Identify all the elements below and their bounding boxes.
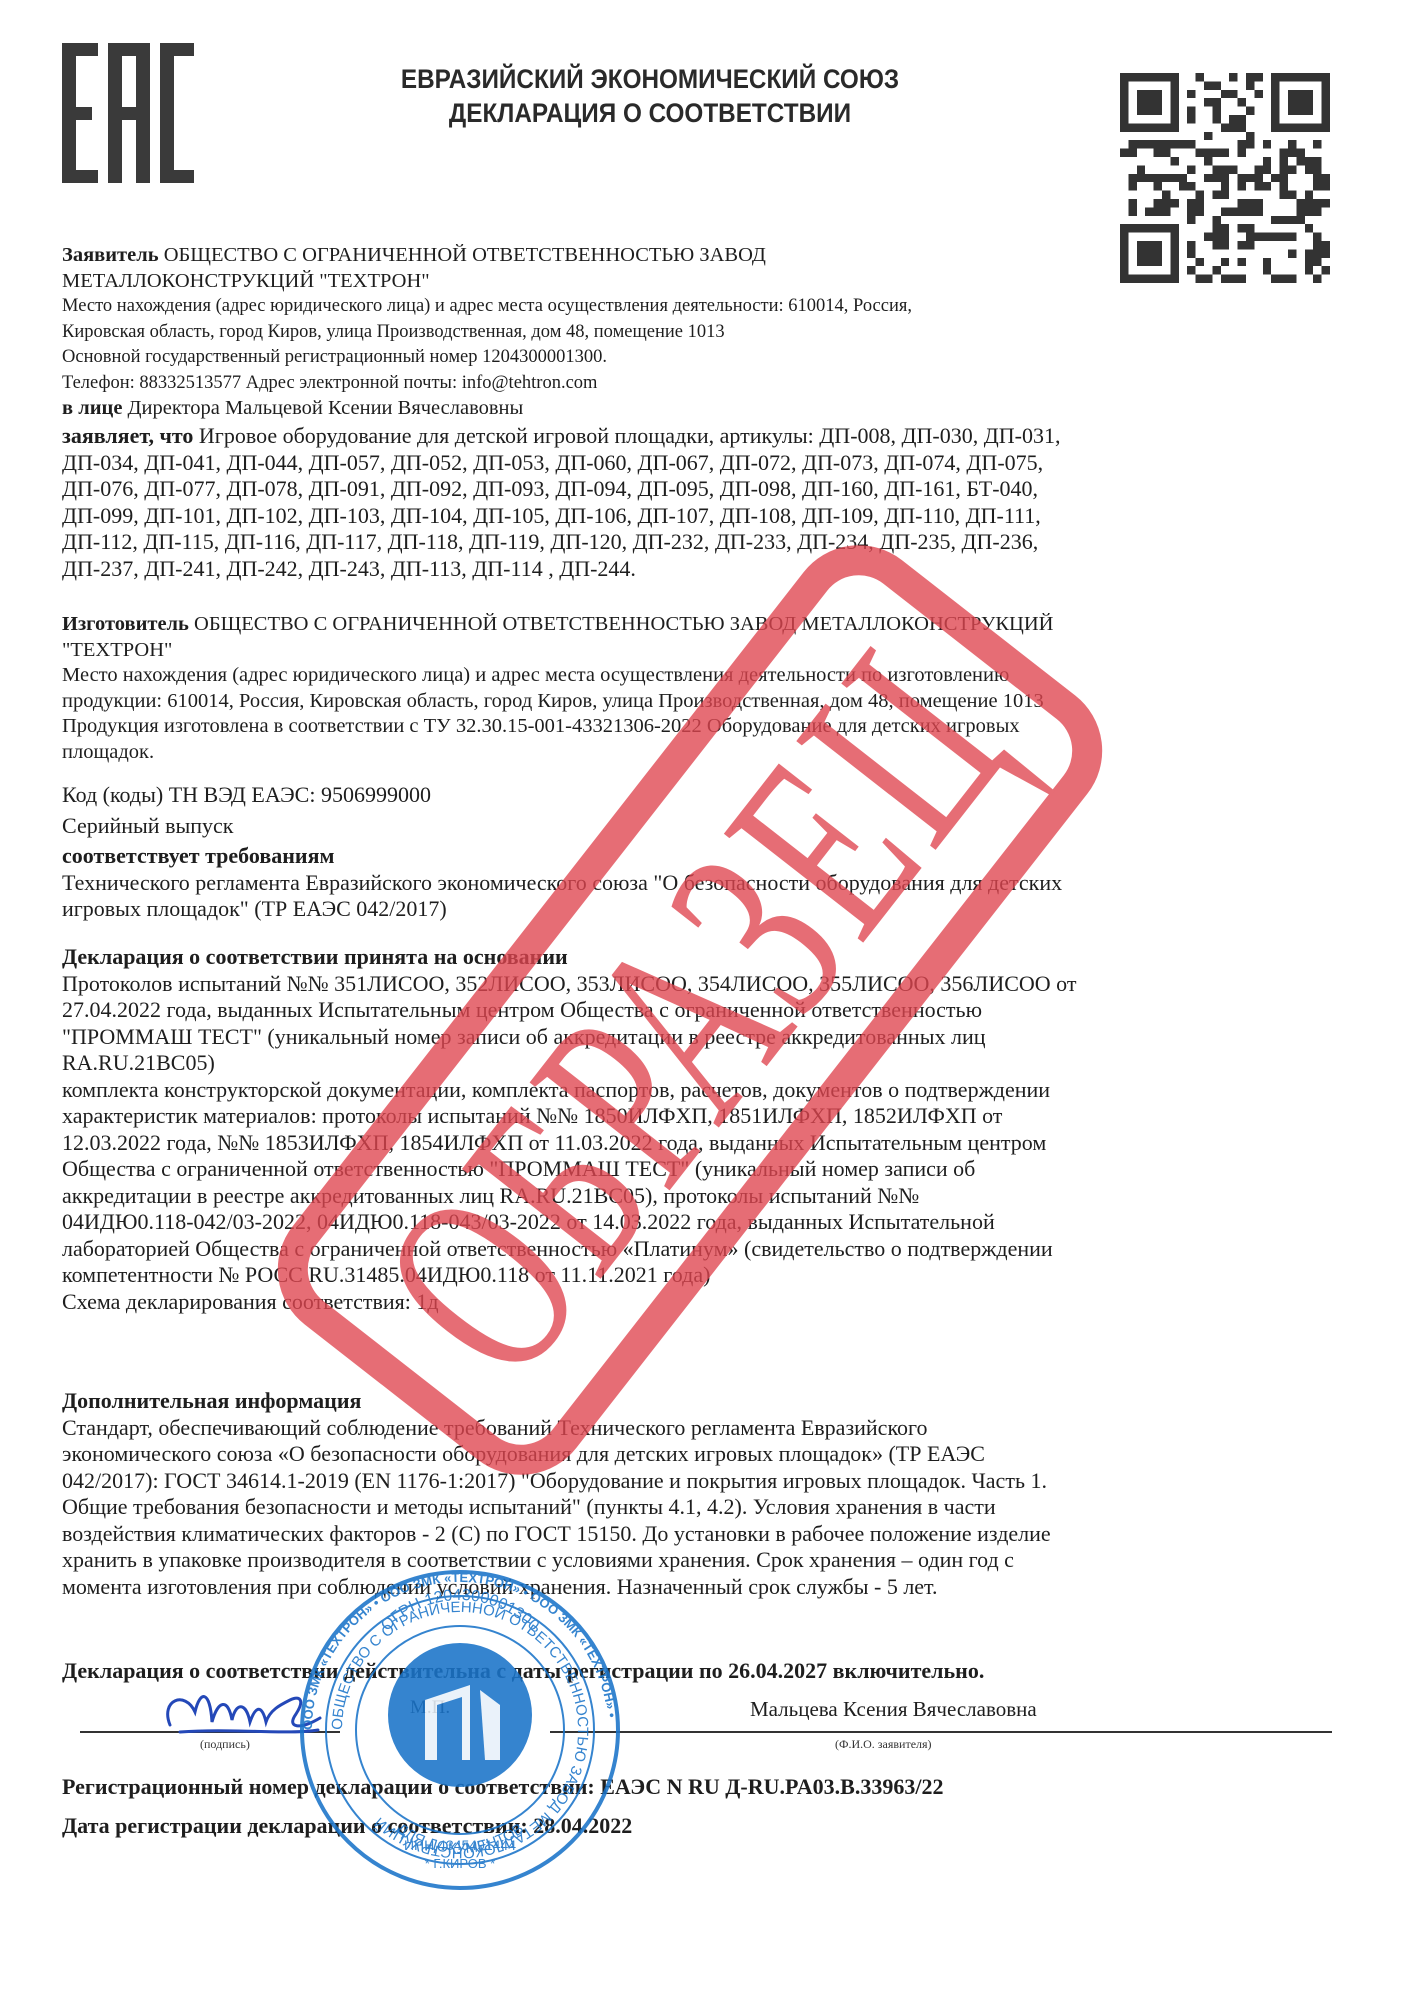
basis-line: Общества с ограниченной ответственностью… [62, 1156, 1352, 1183]
articles-line: ДП-034, ДП-041, ДП-044, ДП-057, ДП-052, … [62, 450, 1352, 477]
rep-name: Директора Мальцевой Ксении Вячеславовны [128, 397, 524, 419]
seal-placeholder-label: М.П. [410, 1697, 450, 1719]
articles-line: ДП-099, ДП-101, ДП-102, ДП-103, ДП-104, … [62, 503, 1352, 530]
validity-section: Декларация о соответствии действительна … [62, 1658, 1352, 1685]
manufacturer-spec-cont: площадок. [62, 740, 1352, 766]
additional-section: Дополнительная информация Стандарт, обес… [62, 1388, 1352, 1600]
applicant-address: Место нахождения (адрес юридического лиц… [62, 294, 1352, 320]
declares-section: заявляет, что Игровое оборудование для д… [62, 423, 1352, 582]
applicant-contacts: Телефон: 88332513577 Адрес электронной п… [62, 371, 1352, 397]
seal-inn: ИНН 4345491444 [404, 1837, 516, 1853]
additional-line: Стандарт, обеспечивающий соблюдение треб… [62, 1415, 1352, 1442]
name-caption: (Ф.И.О. заявителя) [835, 1737, 932, 1752]
applicant-name-cont: МЕТАЛЛОКОНСТРУКЦИЙ "ТЕХТРОН" [62, 269, 1352, 295]
articles-line: ДП-076, ДП-077, ДП-078, ДП-091, ДП-092, … [62, 476, 1352, 503]
applicant-section: Заявитель ОБЩЕСТВО С ОГРАНИЧЕННОЙ ОТВЕТС… [62, 243, 1352, 422]
release-type: Серийный выпуск [62, 813, 1352, 840]
basis-line: компетентности № РОСС RU.31485.04ИДЮ0.11… [62, 1262, 1352, 1289]
manufacturer-spec: Продукция изготовлена в соответствии с Т… [62, 714, 1352, 740]
title-declaration: ДЕКЛАРАЦИЯ О СООТВЕТСТВИИ [362, 96, 938, 130]
signature-line [80, 1731, 340, 1733]
signer-name: Мальцева Ксения Вячеславовна [750, 1697, 1037, 1722]
basis-line: 27.04.2022 года, выданных Испытательным … [62, 997, 1352, 1024]
additional-line: хранить в упаковке производителя в соотв… [62, 1547, 1352, 1574]
additional-line: момента изготовления при соблюдении усло… [62, 1574, 1352, 1601]
declaration-page: ЕВРАЗИЙСКИЙ ЭКОНОМИЧЕСКИЙ СОЮЗ ДЕКЛАРАЦИ… [0, 0, 1409, 2010]
basis-line: Протоколов испытаний №№ 351ЛИСОО, 352ЛИС… [62, 971, 1352, 998]
declaration-scheme: Схема декларирования соответствия: 1д [62, 1289, 1352, 1316]
basis-line: 04ИДЮ0.118-042/03-2022, 04ИДЮ0.118-043/0… [62, 1209, 1352, 1236]
seal-city: * Г.КИРОВ * [425, 1856, 496, 1871]
manufacturer-name-cont: "ТЕХТРОН" [62, 638, 1352, 664]
additional-line: воздействия климатических факторов - 2 (… [62, 1521, 1352, 1548]
additional-line: Общие требования безопасности и методы и… [62, 1494, 1352, 1521]
basis-section: Декларация о соответствии принята на осн… [62, 944, 1352, 1315]
applicant-name: ОБЩЕСТВО С ОГРАНИЧЕННОЙ ОТВЕТСТВЕННОСТЬЮ… [164, 244, 766, 266]
basis-line: лабораторией Общества с ограниченной отв… [62, 1236, 1352, 1263]
basis-line: характеристик материалов: протоколы испы… [62, 1103, 1352, 1130]
manufacturer-label: Изготовитель [62, 613, 189, 635]
registration-number: Регистрационный номер декларации о соотв… [62, 1774, 1352, 1801]
registration-date: Дата регистрации декларации о соответств… [62, 1813, 1352, 1840]
applicant-ogrn: Основной государственный регистрационный… [62, 345, 1352, 371]
manufacturer-section: Изготовитель ОБЩЕСТВО С ОГРАНИЧЕННОЙ ОТВ… [62, 612, 1352, 765]
name-line [550, 1731, 1332, 1733]
applicant-label: Заявитель [62, 244, 159, 266]
basis-line: аккредитации в реестре аккредитованных л… [62, 1183, 1352, 1210]
registration-section: Регистрационный номер декларации о соотв… [62, 1774, 1352, 1839]
title-union: ЕВРАЗИЙСКИЙ ЭКОНОМИЧЕСКИЙ СОЮЗ [362, 62, 938, 96]
validity-text: Декларация о соответствии действительна … [62, 1658, 1352, 1685]
product-line: Игровое оборудование для детской игровой… [199, 423, 1061, 448]
product-section: Код (коды) ТН ВЭД ЕАЭС: 9506999000 Серий… [62, 782, 1352, 923]
basis-heading: Декларация о соответствии принята на осн… [62, 944, 1352, 971]
articles-line: ДП-237, ДП-241, ДП-242, ДП-243, ДП-113, … [62, 556, 1352, 583]
articles-line: ДП-112, ДП-115, ДП-116, ДП-117, ДП-118, … [62, 529, 1352, 556]
additional-line: 042/2017): ГОСТ 34614.1-2019 (EN 1176-1:… [62, 1468, 1352, 1495]
basis-line: комплекта конструкторской документации, … [62, 1077, 1352, 1104]
manufacturer-address: Место нахождения (адрес юридического лиц… [62, 663, 1352, 689]
basis-line: "ПРОММАШ ТЕСТ" (уникальный номер записи … [62, 1024, 1352, 1051]
manufacturer-address-cont: продукции: 610014, Россия, Кировская обл… [62, 689, 1352, 715]
compliance-text-cont: игровых площадок" (ТР ЕАЭС 042/2017) [62, 896, 1352, 923]
compliance-text: Технического регламента Евразийского эко… [62, 870, 1352, 897]
compliance-heading: соответствует требованиям [62, 843, 1352, 870]
tnved-code: Код (коды) ТН ВЭД ЕАЭС: 9506999000 [62, 782, 1352, 809]
document-title: ЕВРАЗИЙСКИЙ ЭКОНОМИЧЕСКИЙ СОЮЗ ДЕКЛАРАЦИ… [362, 62, 938, 130]
signature-row: (подпись) М.П. Мальцева Ксения Вячеславо… [80, 1695, 1330, 1755]
basis-line: 12.03.2022 года, №№ 1853ИЛФХП, 1854ИЛФХП… [62, 1130, 1352, 1157]
signature-caption: (подпись) [200, 1737, 250, 1752]
manufacturer-name: ОБЩЕСТВО С ОГРАНИЧЕННОЙ ОТВЕТСТВЕННОСТЬЮ… [194, 613, 1053, 635]
declares-label: заявляет, что [62, 423, 193, 448]
basis-line: RA.RU.21ВС05) [62, 1050, 1352, 1077]
applicant-address-cont: Кировская область, город Киров, улица Пр… [62, 320, 1352, 346]
eac-mark-icon [62, 43, 194, 183]
additional-heading: Дополнительная информация [62, 1388, 1352, 1415]
additional-line: экономического союза «О безопасности обо… [62, 1441, 1352, 1468]
rep-label: в лице [62, 397, 122, 419]
